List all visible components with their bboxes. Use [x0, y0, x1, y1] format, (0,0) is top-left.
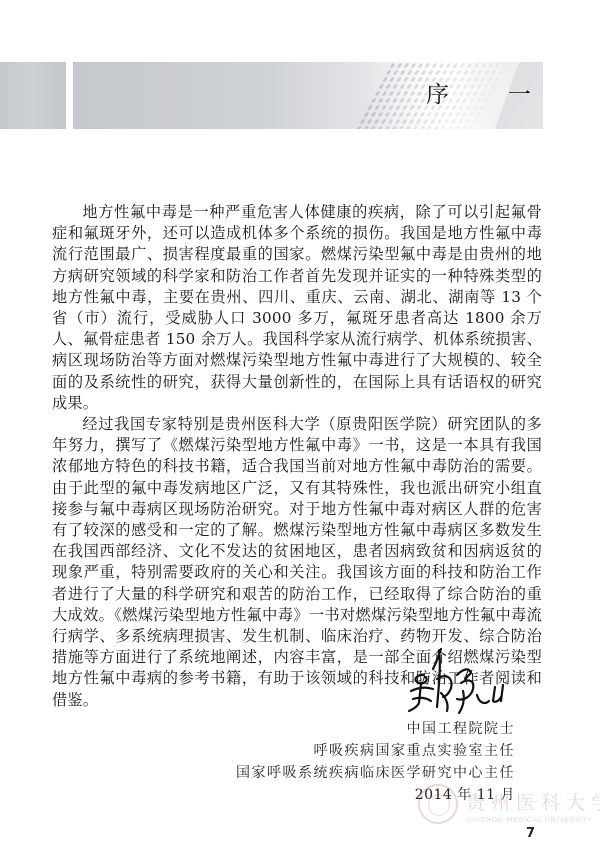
- signature-title-2: 呼吸疾病国家重点实验室主任: [236, 740, 515, 762]
- signature-icon: [405, 645, 510, 717]
- signature-title-1: 中国工程院院士: [236, 718, 515, 740]
- watermark-english: GUIZHOU MEDICAL UNIVERSITY: [466, 816, 592, 824]
- page-title: 序 一: [420, 62, 543, 129]
- paragraph-1: 地方性氟中毒是一种严重危害人体健康的疾病，除了可以引起氟骨症和氟斑牙外，还可以造…: [52, 202, 542, 414]
- signature-title-3: 国家呼吸系统疾病临床医学研究中心主任: [236, 762, 515, 784]
- handwritten-signature: [405, 645, 510, 717]
- page-title-char-2: 一: [508, 84, 531, 107]
- preface-body: 地方性氟中毒是一种严重危害人体健康的疾病，除了可以引起氟骨症和氟斑牙外，还可以造…: [52, 202, 542, 711]
- header-banner-left-block: [0, 62, 66, 129]
- page-title-char-1: 序: [426, 84, 449, 107]
- signature-date: 2014 年 11 月: [236, 784, 515, 806]
- page-number: 7: [526, 826, 535, 841]
- signature-block: 中国工程院院士 呼吸疾病国家重点实验室主任 国家呼吸系统疾病临床医学研究中心主任…: [236, 718, 515, 806]
